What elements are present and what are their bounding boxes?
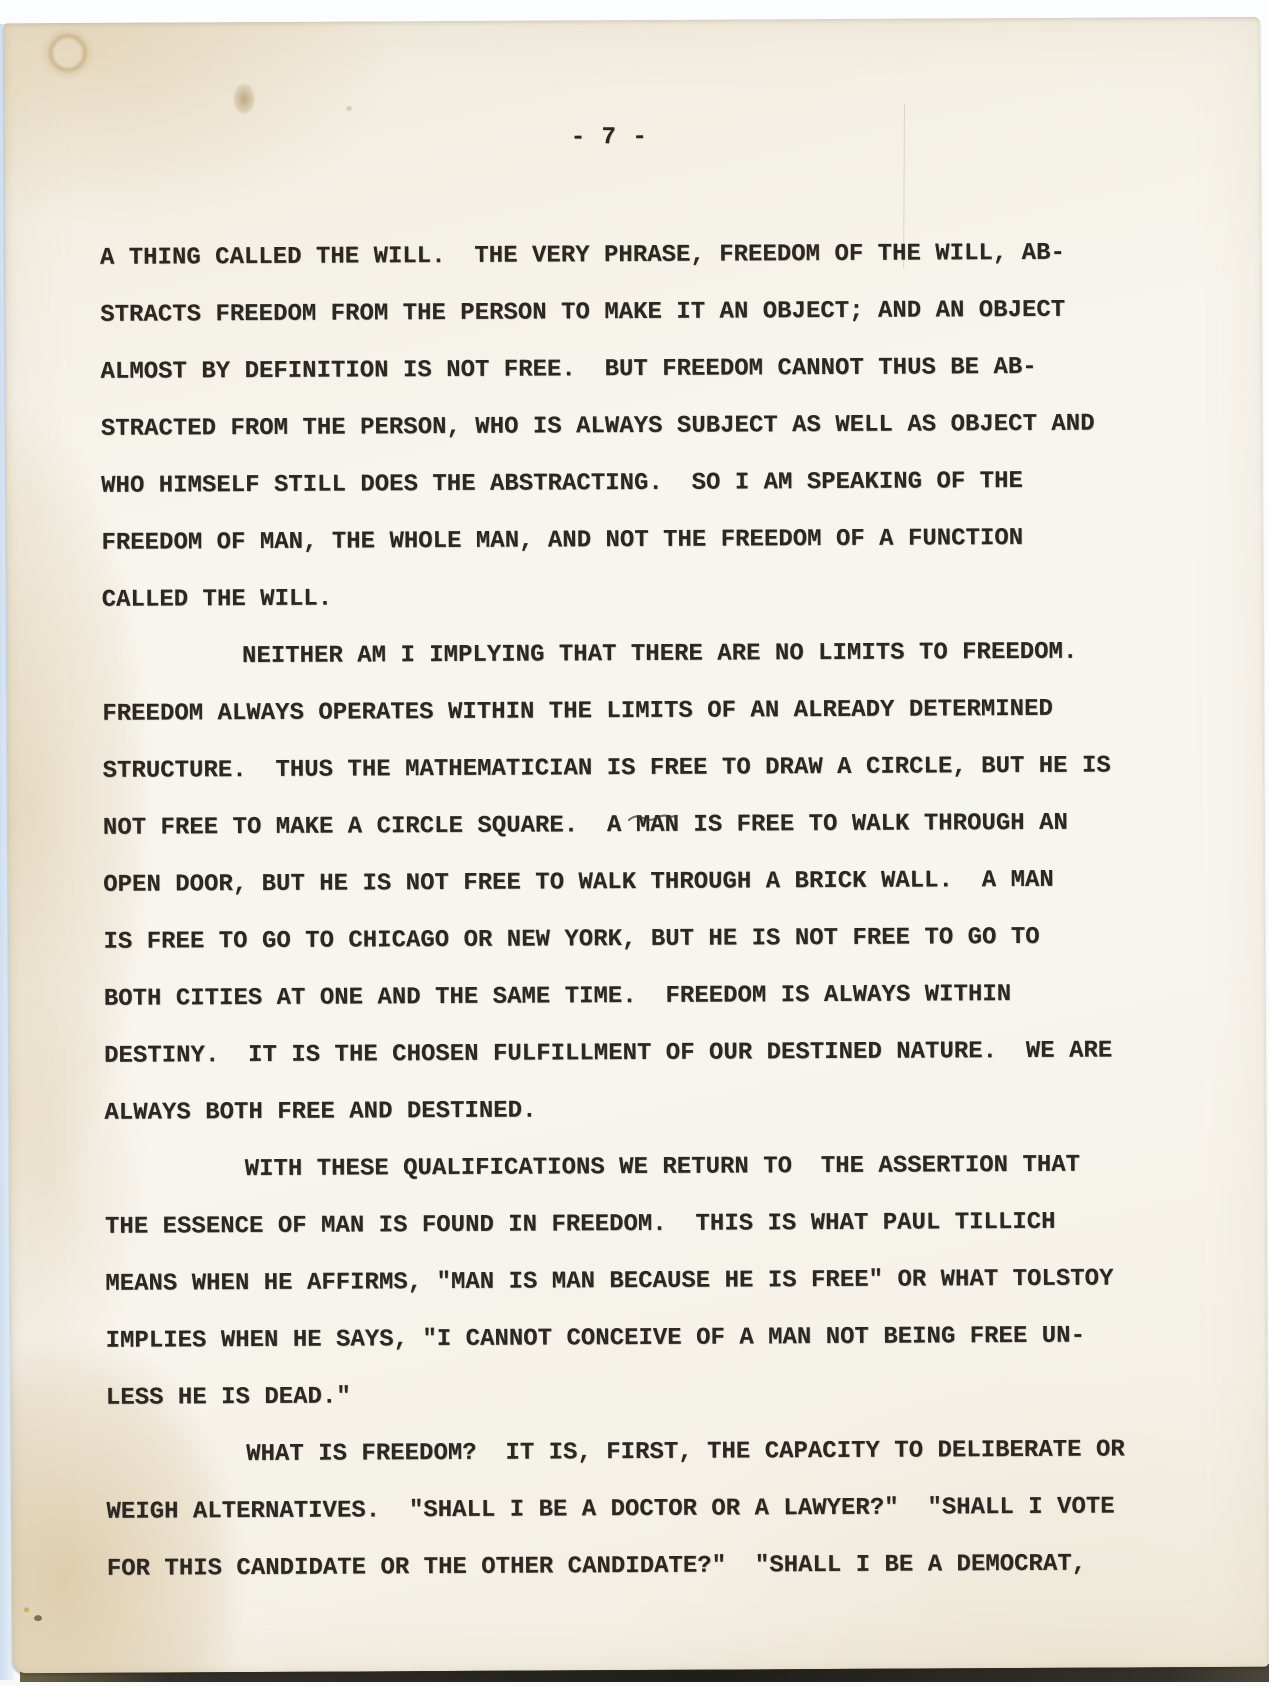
text-line: ALWAYS BOTH FREE AND DESTINED. — [104, 1079, 1164, 1142]
text-line: WEIGH ALTERNATIVES. "SHALL I BE A DOCTOR… — [106, 1478, 1166, 1541]
text-line: THE ESSENCE OF MAN IS FOUND IN FREEDOM. … — [105, 1193, 1165, 1256]
text-line: NOT FREE TO MAKE A CIRCLE SQUARE. A MAN … — [103, 794, 1163, 857]
scanned-page: - 7 - A THING CALLED THE WILL. THE VERY … — [0, 0, 1269, 1686]
paper-sheet: - 7 - A THING CALLED THE WILL. THE VERY … — [4, 17, 1269, 1674]
text-line: FREEDOM OF MAN, THE WHOLE MAN, AND NOT T… — [101, 509, 1161, 572]
body-text: A THING CALLED THE WILL. THE VERY PHRASE… — [100, 224, 1167, 1598]
paper-speck — [34, 1615, 42, 1621]
text-line: CALLED THE WILL. — [102, 566, 1162, 629]
text-line: A THING CALLED THE WILL. THE VERY PHRASE… — [100, 224, 1160, 287]
typewriter-overstrike-mark — [628, 812, 678, 824]
text-line: WITH THESE QUALIFICATIONS WE RETURN TO T… — [105, 1136, 1165, 1199]
text-line: FREEDOM ALWAYS OPERATES WITHIN THE LIMIT… — [102, 680, 1162, 743]
text-line: BOTH CITIES AT ONE AND THE SAME TIME. FR… — [104, 965, 1164, 1028]
text-line: LESS HE IS DEAD." — [106, 1364, 1166, 1427]
text-line: STRACTS FREEDOM FROM THE PERSON TO MAKE … — [100, 281, 1160, 344]
text-line: STRUCTURE. THUS THE MATHEMATICIAN IS FRE… — [102, 737, 1162, 800]
text-line: WHO HIMSELF STILL DOES THE ABSTRACTING. … — [101, 452, 1161, 515]
text-line: IMPLIES WHEN HE SAYS, "I CANNOT CONCEIVE… — [105, 1307, 1165, 1370]
paper-speck-yellow — [24, 1607, 29, 1612]
text-line: DESTINY. IT IS THE CHOSEN FULFILLMENT OF… — [104, 1022, 1164, 1085]
text-line: STRACTED FROM THE PERSON, WHO IS ALWAYS … — [101, 395, 1161, 458]
text-line: ALMOST BY DEFINITION IS NOT FREE. BUT FR… — [100, 338, 1160, 401]
page-number: - 7 - — [99, 106, 1119, 168]
text-line: MEANS WHEN HE AFFIRMS, "MAN IS MAN BECAU… — [105, 1250, 1165, 1313]
text-line: NEITHER AM I IMPLYING THAT THERE ARE NO … — [102, 623, 1162, 686]
text-line: WHAT IS FREEDOM? IT IS, FIRST, THE CAPAC… — [106, 1421, 1166, 1484]
text-line: OPEN DOOR, BUT HE IS NOT FREE TO WALK TH… — [103, 851, 1163, 914]
text-line: IS FREE TO GO TO CHICAGO OR NEW YORK, BU… — [103, 908, 1163, 971]
text-line: FOR THIS CANDIDATE OR THE OTHER CANDIDAT… — [107, 1535, 1167, 1598]
